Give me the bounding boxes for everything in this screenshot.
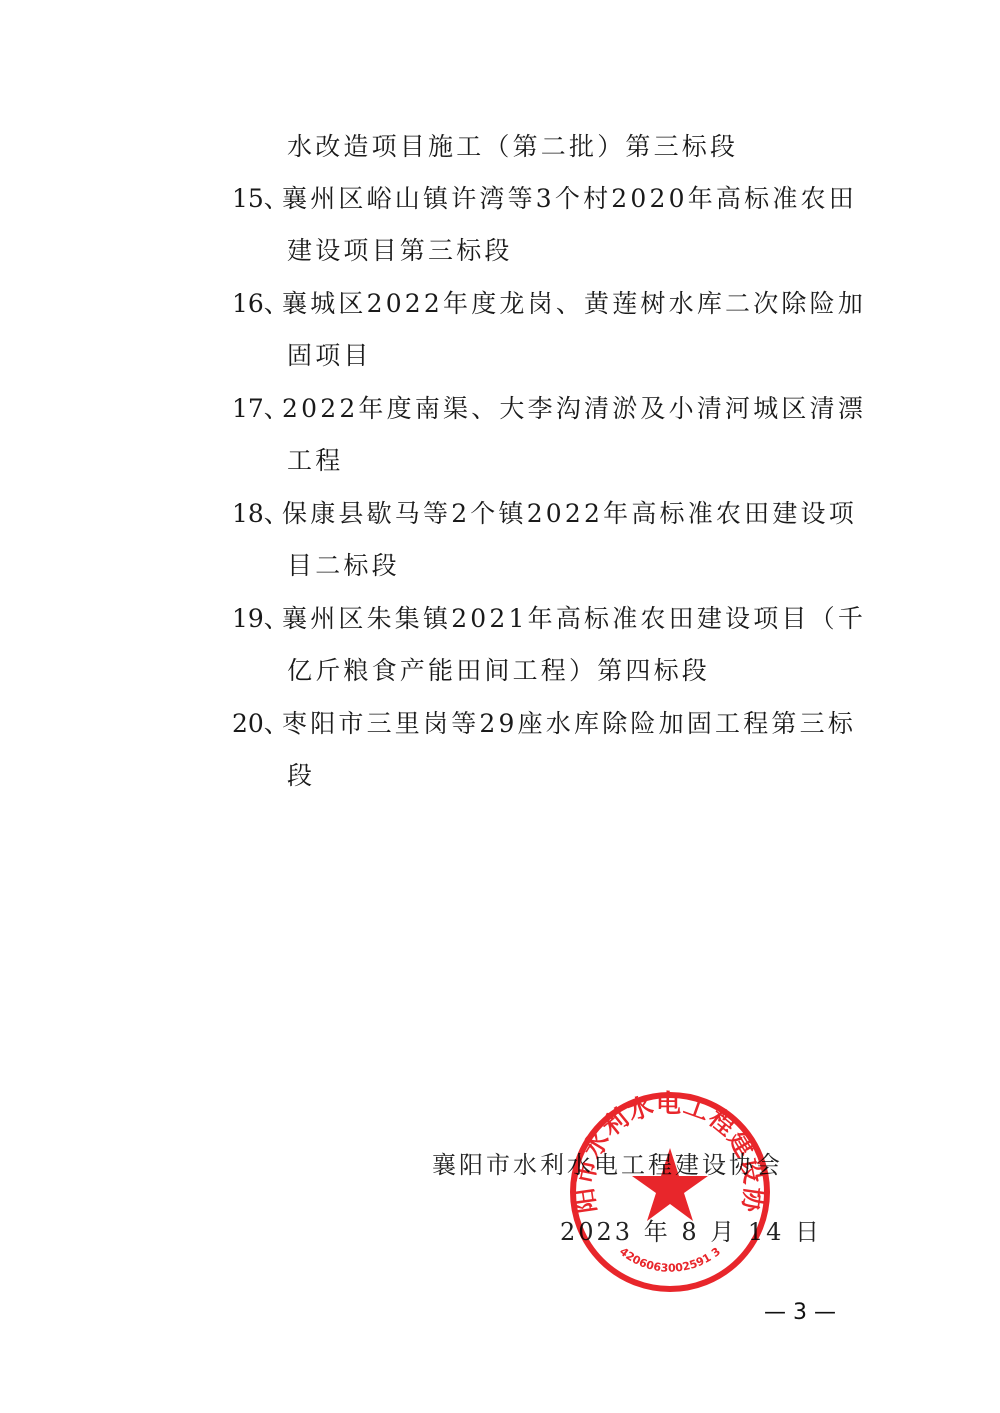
list-item-20: 20、枣阳市三里岗等29座水库除险加固工程第三标 xyxy=(232,709,856,739)
item-text: 2022年度南渠、大李沟清淤及小清河城区清漂 xyxy=(282,394,866,423)
list-item-16: 16、襄城区2022年度龙岗、黄莲树水库二次除险加 xyxy=(232,289,866,319)
page-number: — 3 — xyxy=(764,1300,836,1325)
item-text: 襄州区峪山镇许湾等3个村2020年高标准农田 xyxy=(282,184,857,213)
list-item-18: 18、保康县歇马等2个镇2022年高标准农田建设项 xyxy=(232,499,857,529)
item-number: 15、 xyxy=(232,184,282,214)
svg-text:4206063002591 3: 4206063002591 3 xyxy=(617,1245,723,1275)
item-number: 18、 xyxy=(232,499,282,529)
list-item-15: 15、襄州区峪山镇许湾等3个村2020年高标准农田 xyxy=(232,184,857,214)
item-text: 枣阳市三里岗等29座水库除险加固工程第三标 xyxy=(282,709,856,738)
list-item-17: 17、2022年度南渠、大李沟清淤及小清河城区清漂 xyxy=(232,394,866,424)
item-text-cont: 工程 xyxy=(287,446,343,476)
item-text-cont: 亿斤粮食产能田间工程）第四标段 xyxy=(287,656,710,686)
item-text: 保康县歇马等2个镇2022年高标准农田建设项 xyxy=(282,499,857,528)
item-text-cont: 段 xyxy=(287,761,315,791)
item-number: 20、 xyxy=(232,709,282,739)
item-text: 襄城区2022年度龙岗、黄莲树水库二次除险加 xyxy=(282,289,866,318)
item-text-cont: 目二标段 xyxy=(287,551,400,581)
item-text-cont: 建设项目第三标段 xyxy=(287,236,513,266)
item-number: 19、 xyxy=(232,604,282,634)
official-seal-icon: 襄阳市水利水电工程建设协会 4206063002591 3 xyxy=(568,1090,772,1294)
continued-item-text: 水改造项目施工（第二批）第三标段 xyxy=(287,132,738,162)
item-number: 16、 xyxy=(232,289,282,319)
item-text: 襄州区朱集镇2021年高标准农田建设项目（千 xyxy=(282,604,866,633)
item-text-cont: 固项目 xyxy=(287,341,372,371)
list-item-19: 19、襄州区朱集镇2021年高标准农田建设项目（千 xyxy=(232,604,866,634)
item-number: 17、 xyxy=(232,394,282,424)
